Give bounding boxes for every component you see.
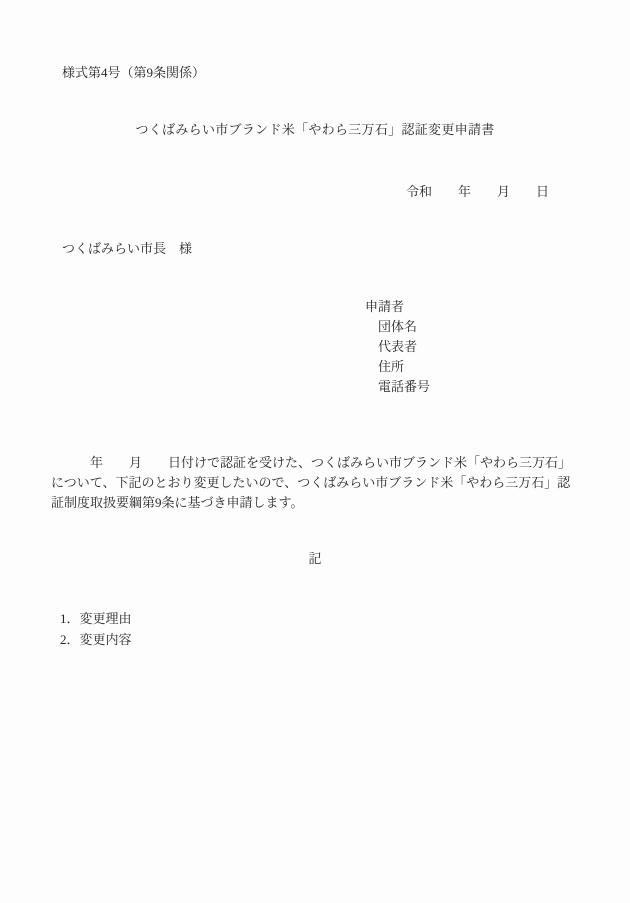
- page-title: つくばみらい市ブランド米「やわら三万石」認証変更申請書: [0, 122, 630, 138]
- body-paragraph-line-1: 年 月 日付けで認証を受けた、つくばみらい市ブランド米「やわら三万石」: [51, 453, 596, 473]
- item-change-reason: 1．変更理由: [60, 608, 132, 629]
- date-fill-in-line: 令和 年 月 日: [406, 184, 549, 200]
- record-marker: 記: [0, 551, 630, 567]
- applicant-field-address: 住所: [365, 357, 430, 377]
- addressee-line: つくばみらい市長 様: [62, 241, 192, 257]
- body-paragraph-line-3: 証制度取扱要綱第9条に基づき申請します。: [51, 493, 596, 513]
- items-list: 1．変更理由 2．変更内容: [60, 608, 132, 650]
- applicant-block: 申請者 団体名 代表者 住所 電話番号: [365, 297, 430, 397]
- body-paragraph: 年 月 日付けで認証を受けた、つくばみらい市ブランド米「やわら三万石」 について…: [51, 453, 596, 513]
- form-number: 様式第4号（第9条関係）: [62, 65, 205, 81]
- applicant-field-phone-number: 電話番号: [365, 377, 430, 397]
- applicant-label: 申請者: [365, 297, 430, 317]
- applicant-field-organization-name: 団体名: [365, 317, 430, 337]
- body-paragraph-line-2: について、下記のとおり変更したいので、つくばみらい市ブランド米「やわら三万石」認: [51, 473, 596, 493]
- document-page: 様式第4号（第9条関係） つくばみらい市ブランド米「やわら三万石」認証変更申請書…: [0, 0, 630, 903]
- item-change-content: 2．変更内容: [60, 629, 132, 650]
- applicant-field-representative: 代表者: [365, 337, 430, 357]
